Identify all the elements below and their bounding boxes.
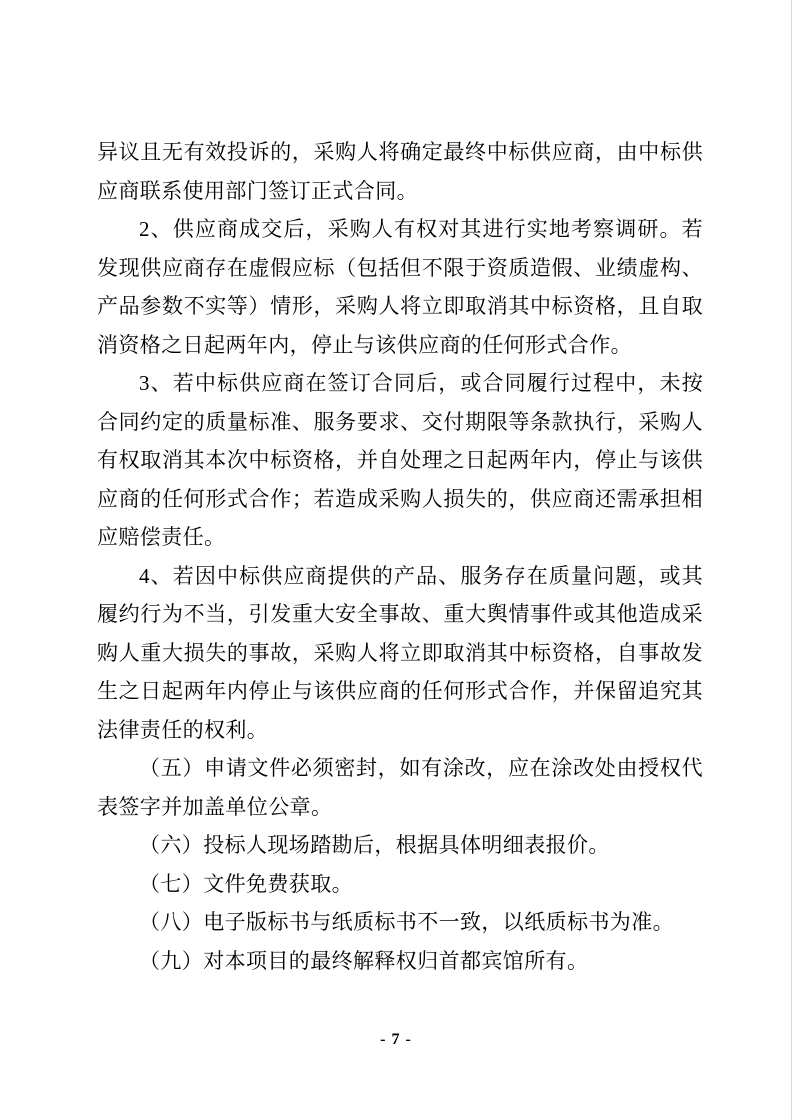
document-line: 产品参数不实等）情形，采购人将立即取消其中标资格，且自取 xyxy=(97,287,703,326)
document-line: 生之日起两年内停止与该供应商的任何形式合作，并保留追究其 xyxy=(97,672,703,711)
page-number: - 7 - xyxy=(380,1031,412,1048)
document-line: 应商的任何形式合作；若造成采购人损失的，供应商还需承担相 xyxy=(97,480,703,519)
page-footer: - 7 - xyxy=(0,1031,792,1049)
document-line: 发现供应商存在虚假应标（包括但不限于资质造假、业绩虚构、 xyxy=(97,249,703,288)
document-text-block: 异议且无有效投诉的，采购人将确定最终中标供应商，由中标供 应商联系使用部门签订正… xyxy=(97,133,703,980)
document-line: 异议且无有效投诉的，采购人将确定最终中标供应商，由中标供 xyxy=(97,133,703,172)
document-line: 表签字并加盖单位公章。 xyxy=(97,788,703,827)
document-line: 应商联系使用部门签订正式合同。 xyxy=(97,172,703,211)
document-line: 购人重大损失的事故，采购人将立即取消其中标资格，自事故发 xyxy=(97,634,703,673)
document-line: （八）电子版标书与纸质标书不一致，以纸质标书为准。 xyxy=(97,903,703,942)
document-line: （七）文件免费获取。 xyxy=(97,865,703,904)
document-line: （六）投标人现场踏勘后，根据具体明细表报价。 xyxy=(97,826,703,865)
document-line: 消资格之日起两年内，停止与该供应商的任何形式合作。 xyxy=(97,326,703,365)
document-page: 异议且无有效投诉的，采购人将确定最终中标供应商，由中标供 应商联系使用部门签订正… xyxy=(0,0,792,1120)
document-line: 履约行为不当，引发重大安全事故、重大舆情事件或其他造成采 xyxy=(97,595,703,634)
document-line: （五）申请文件必须密封，如有涂改，应在涂改处由授权代 xyxy=(97,749,703,788)
document-line: 应赔偿责任。 xyxy=(97,518,703,557)
document-line: 法律责任的权利。 xyxy=(97,711,703,750)
document-line: 3、若中标供应商在签订合同后，或合同履行过程中，未按 xyxy=(97,364,703,403)
document-line: 有权取消其本次中标资格，并自处理之日起两年内，停止与该供 xyxy=(97,441,703,480)
document-line: 4、若因中标供应商提供的产品、服务存在质量问题，或其 xyxy=(97,557,703,596)
document-line: 2、供应商成交后，采购人有权对其进行实地考察调研。若 xyxy=(97,210,703,249)
document-line: 合同约定的质量标准、服务要求、交付期限等条款执行，采购人 xyxy=(97,403,703,442)
document-line: （九）对本项目的最终解释权归首都宾馆所有。 xyxy=(97,942,703,981)
